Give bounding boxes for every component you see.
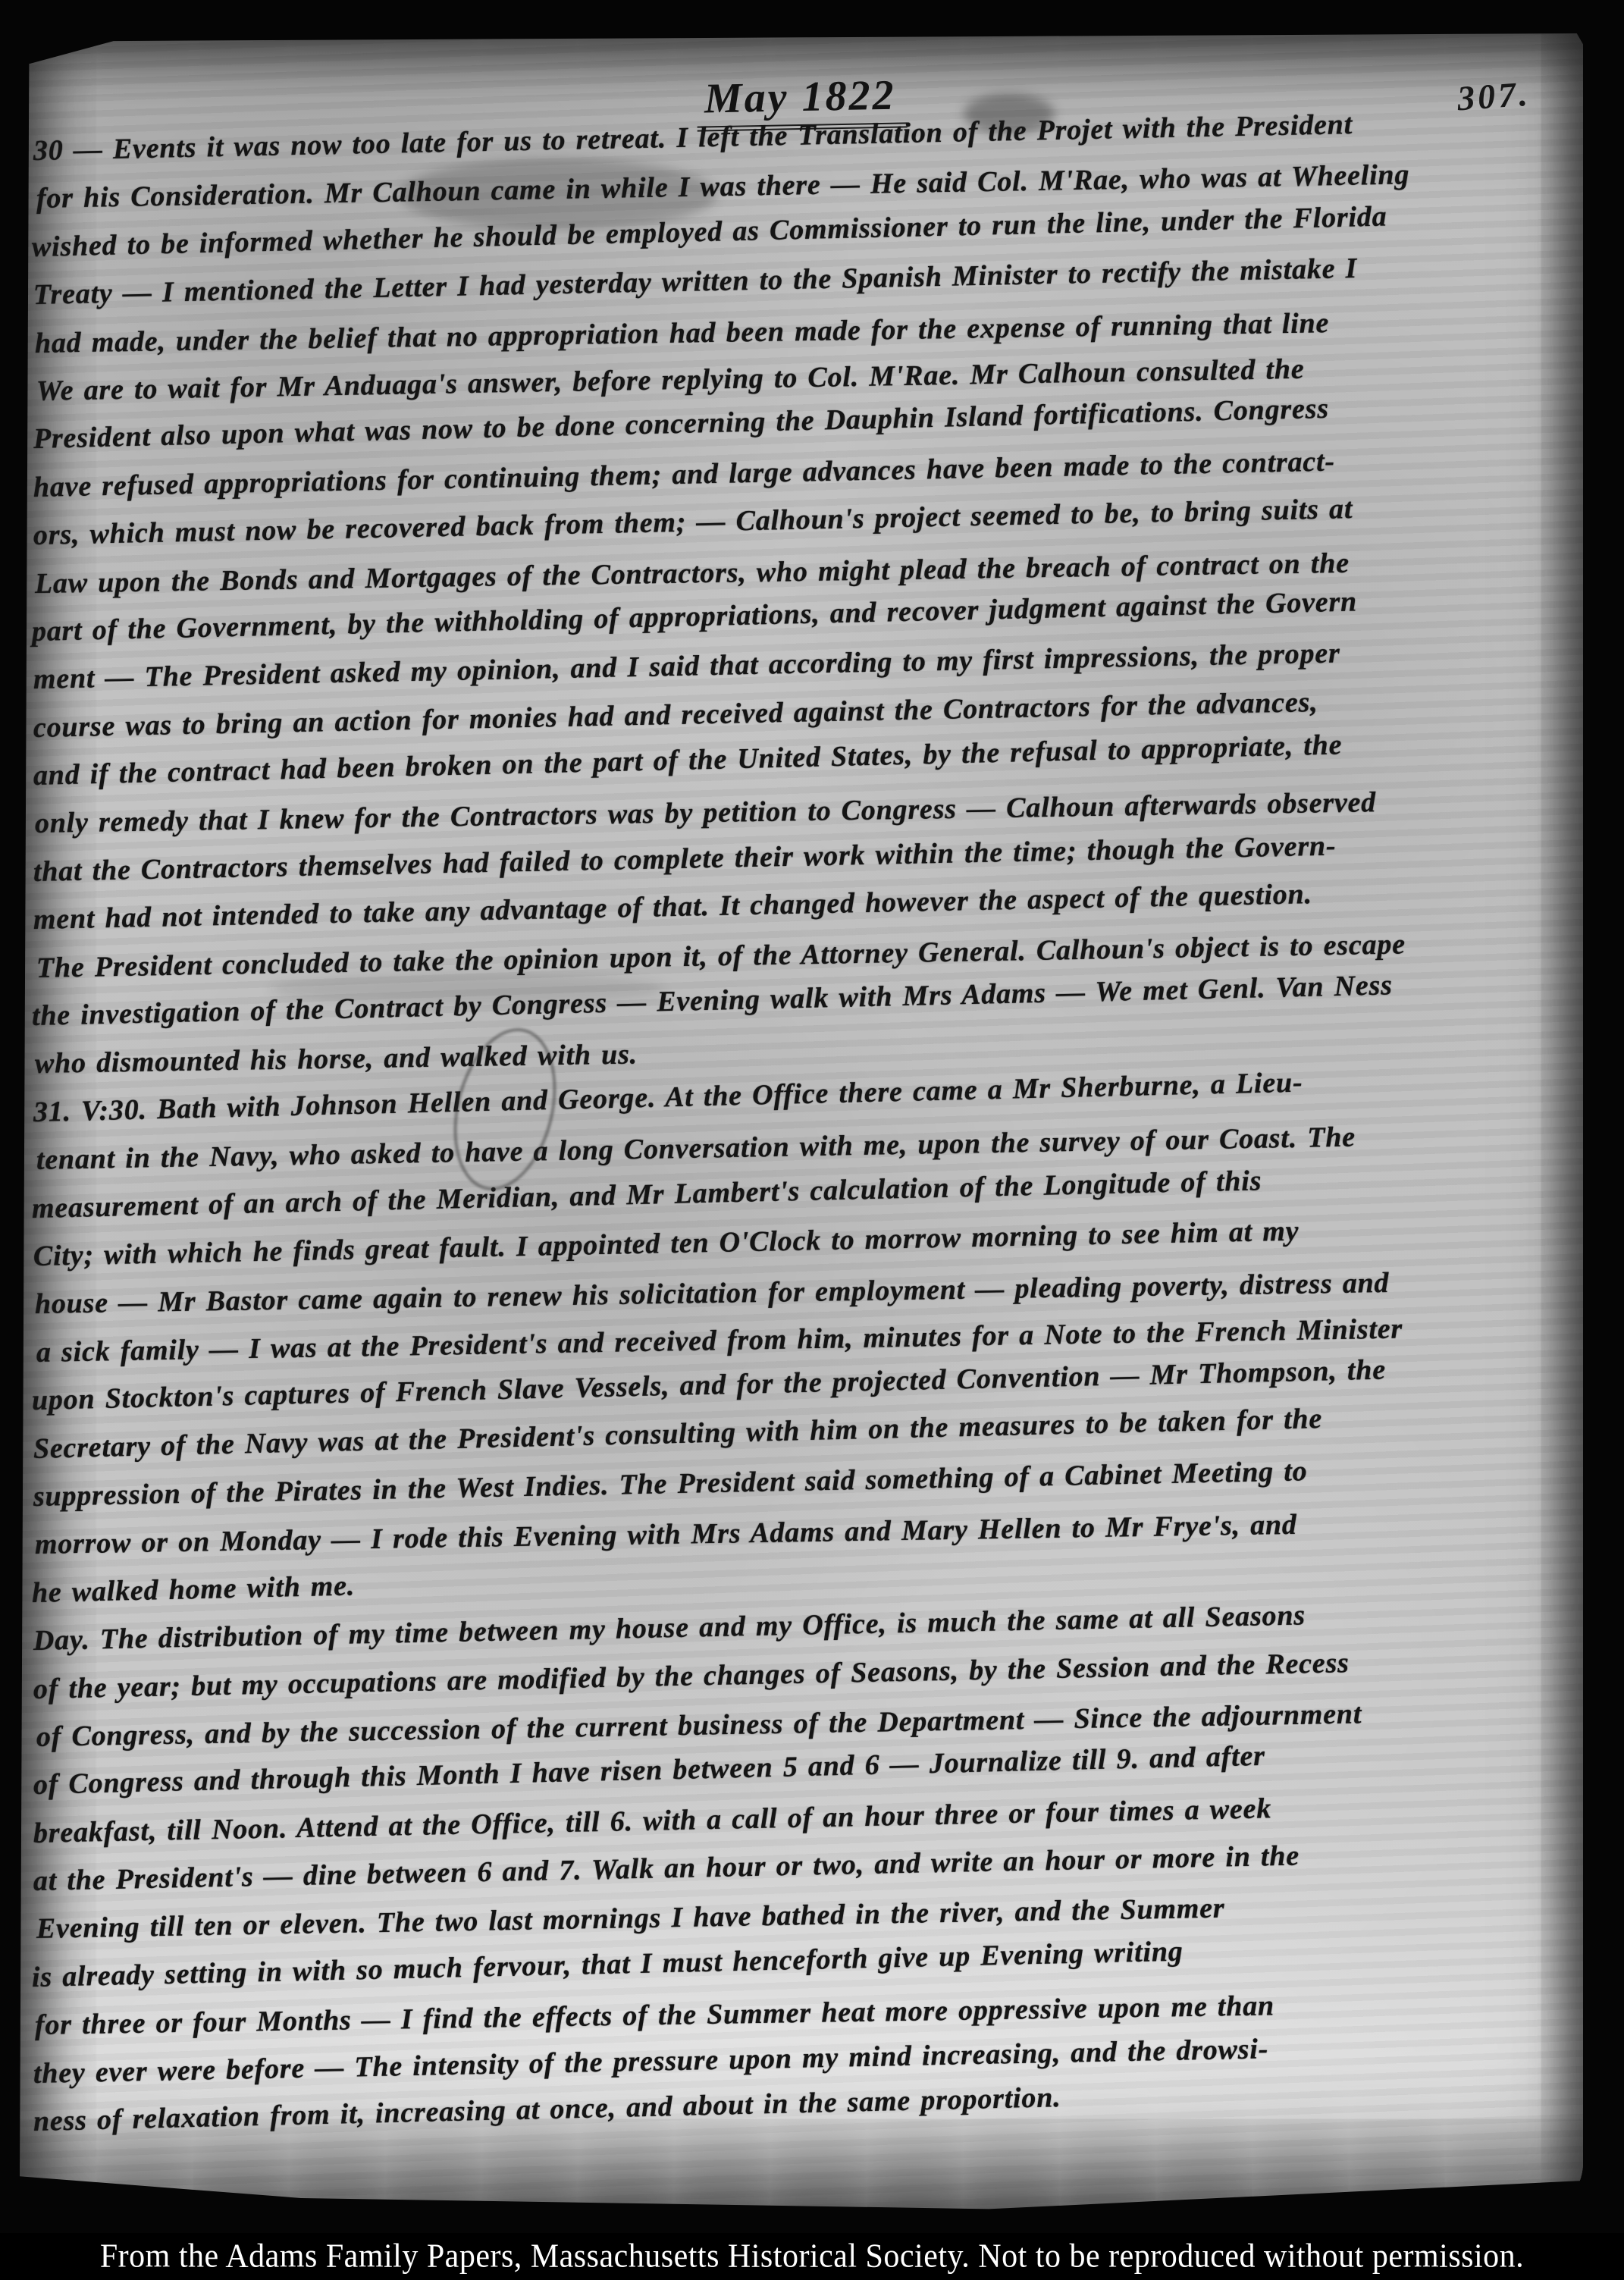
credit-bar: From the Adams Family Papers, Massachuse… bbox=[0, 2233, 1624, 2280]
scan-background: May 1822 307. 30 — Events it was now too… bbox=[0, 0, 1624, 2280]
manuscript-page: May 1822 307. 30 — Events it was now too… bbox=[20, 33, 1583, 2216]
footer-credit: From the Adams Family Papers, Massachuse… bbox=[100, 2238, 1524, 2275]
manuscript-text: 30 — Events it was now too late for us t… bbox=[33, 129, 1563, 2147]
